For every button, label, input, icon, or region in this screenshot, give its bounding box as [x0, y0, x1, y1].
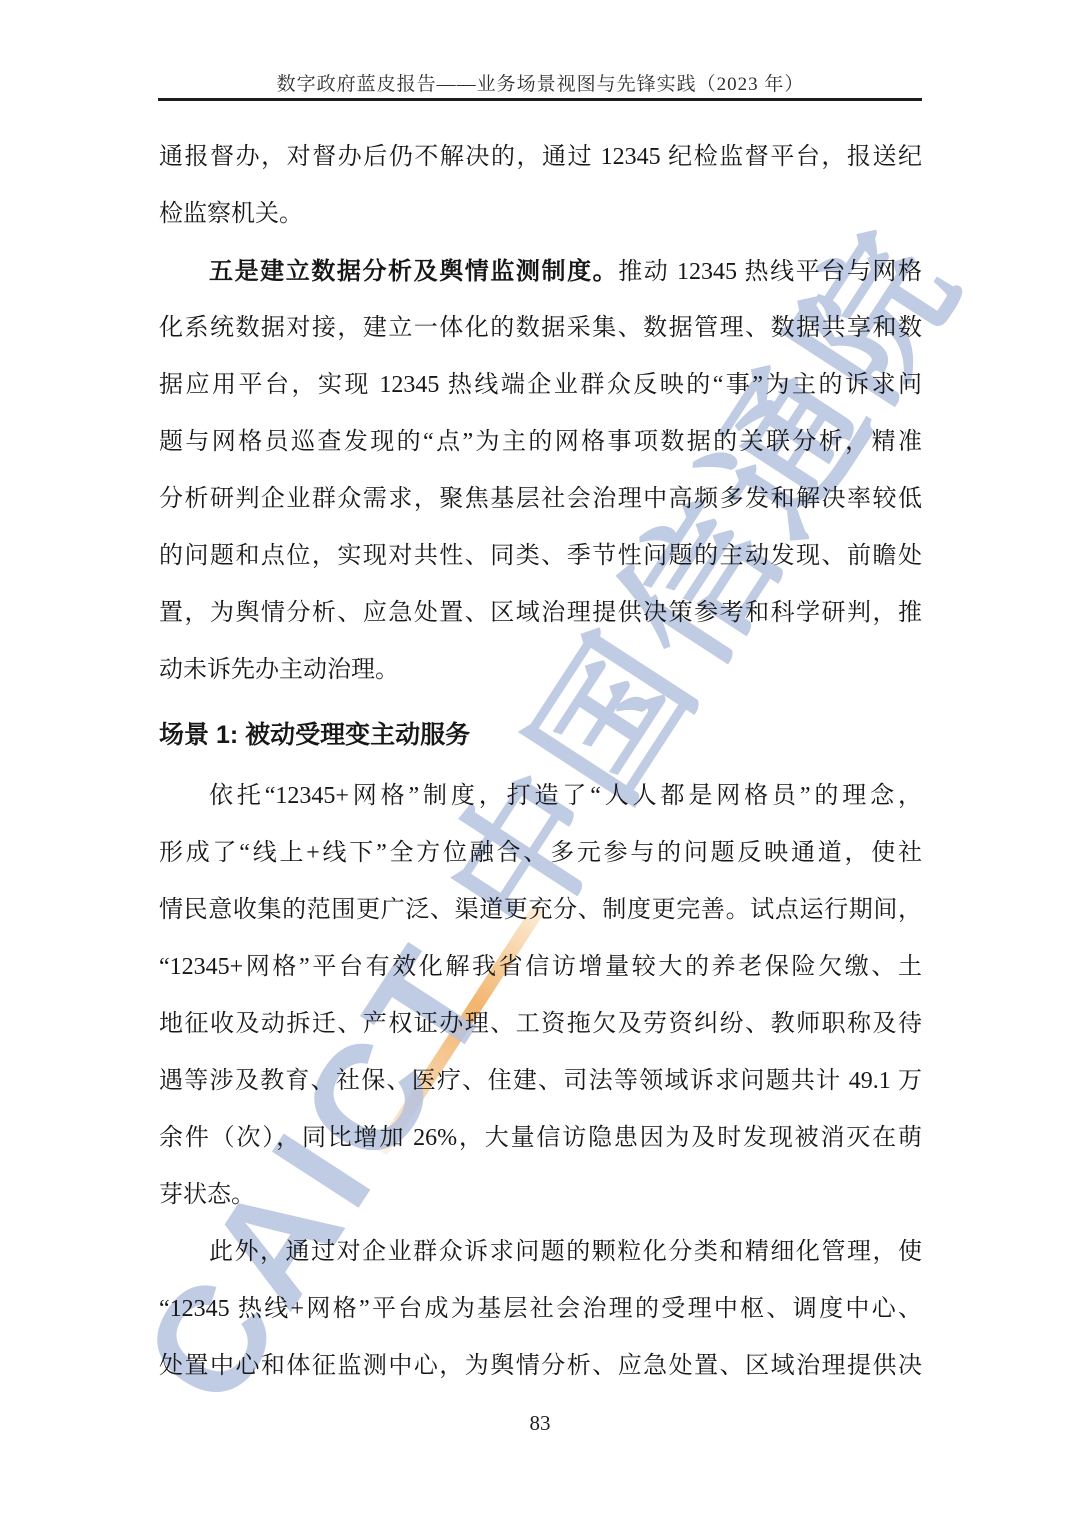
header-divider-line	[158, 98, 922, 101]
text-line: 通报督办，对督办后仍不解决的，通过 12345 纪检监督平台，报送纪	[159, 129, 922, 186]
document-page: CAICT 中国信通院 数字政府蓝皮报告——业务场景视图与先锋实践（2023 年…	[0, 0, 1080, 1527]
running-header-title: 数字政府蓝皮报告——业务场景视图与先锋实践（2023 年）	[159, 69, 922, 96]
page-number: 83	[0, 1411, 1080, 1436]
text-line: 五是建立数据分析及舆情监测制度。推动 12345 热线平台与网格	[159, 243, 922, 300]
text-line: 情民意收集的范围更广泛、渠道更充分、制度更完善。试点运行期间，	[159, 882, 922, 939]
text-line: 动未诉先办主动治理。	[159, 642, 922, 699]
text-line: 分析研判企业群众需求，聚焦基层社会治理中高频多发和解决率较低	[159, 471, 922, 528]
text-line: 的问题和点位，实现对共性、同类、季节性问题的主动发现、前瞻处	[159, 528, 922, 585]
text-line: 地征收及动拆迁、产权证办理、工资拖欠及劳资纠纷、教师职称及待	[159, 996, 922, 1053]
scene-heading: 场景 1: 被动受理变主动服务	[159, 707, 922, 764]
text-line: 依托“12345+网格”制度，打造了“人人都是网格员”的理念，	[159, 768, 922, 825]
text-line: 置，为舆情分析、应急处置、区域治理提供决策参考和科学研判，推	[159, 585, 922, 642]
text-line: 处置中心和体征监测中心，为舆情分析、应急处置、区域治理提供决	[159, 1338, 922, 1395]
text-line: “12345+网格”平台有效化解我省信访增量较大的养老保险欠缴、土	[159, 939, 922, 996]
text-line: 遇等涉及教育、社保、医疗、住建、司法等领域诉求问题共计 49.1 万	[159, 1053, 922, 1110]
text-line: 芽状态。	[159, 1167, 922, 1224]
text-line: 题与网格员巡查发现的“点”为主的网格事项数据的关联分析，精准	[159, 414, 922, 471]
text-line: 据应用平台，实现 12345 热线端企业群众反映的“事”为主的诉求问	[159, 357, 922, 414]
text-line: 化系统数据对接，建立一体化的数据采集、数据管理、数据共享和数	[159, 300, 922, 357]
text-line: 形成了“线上+线下”全方位融合、多元参与的问题反映通道，使社	[159, 825, 922, 882]
bold-run: 五是建立数据分析及舆情监测制度。	[209, 258, 618, 285]
text-line: 余件（次），同比增加 26%，大量信访隐患因为及时发现被消灭在萌	[159, 1110, 922, 1167]
body-text: 通报督办，对督办后仍不解决的，通过 12345 纪检监督平台，报送纪检监察机关。…	[159, 129, 922, 1395]
text-line: 检监察机关。	[159, 186, 922, 243]
text-line: 此外，通过对企业群众诉求问题的颗粒化分类和精细化管理，使	[159, 1224, 922, 1281]
text-line: “12345 热线+网格”平台成为基层社会治理的受理中枢、调度中心、	[159, 1281, 922, 1338]
